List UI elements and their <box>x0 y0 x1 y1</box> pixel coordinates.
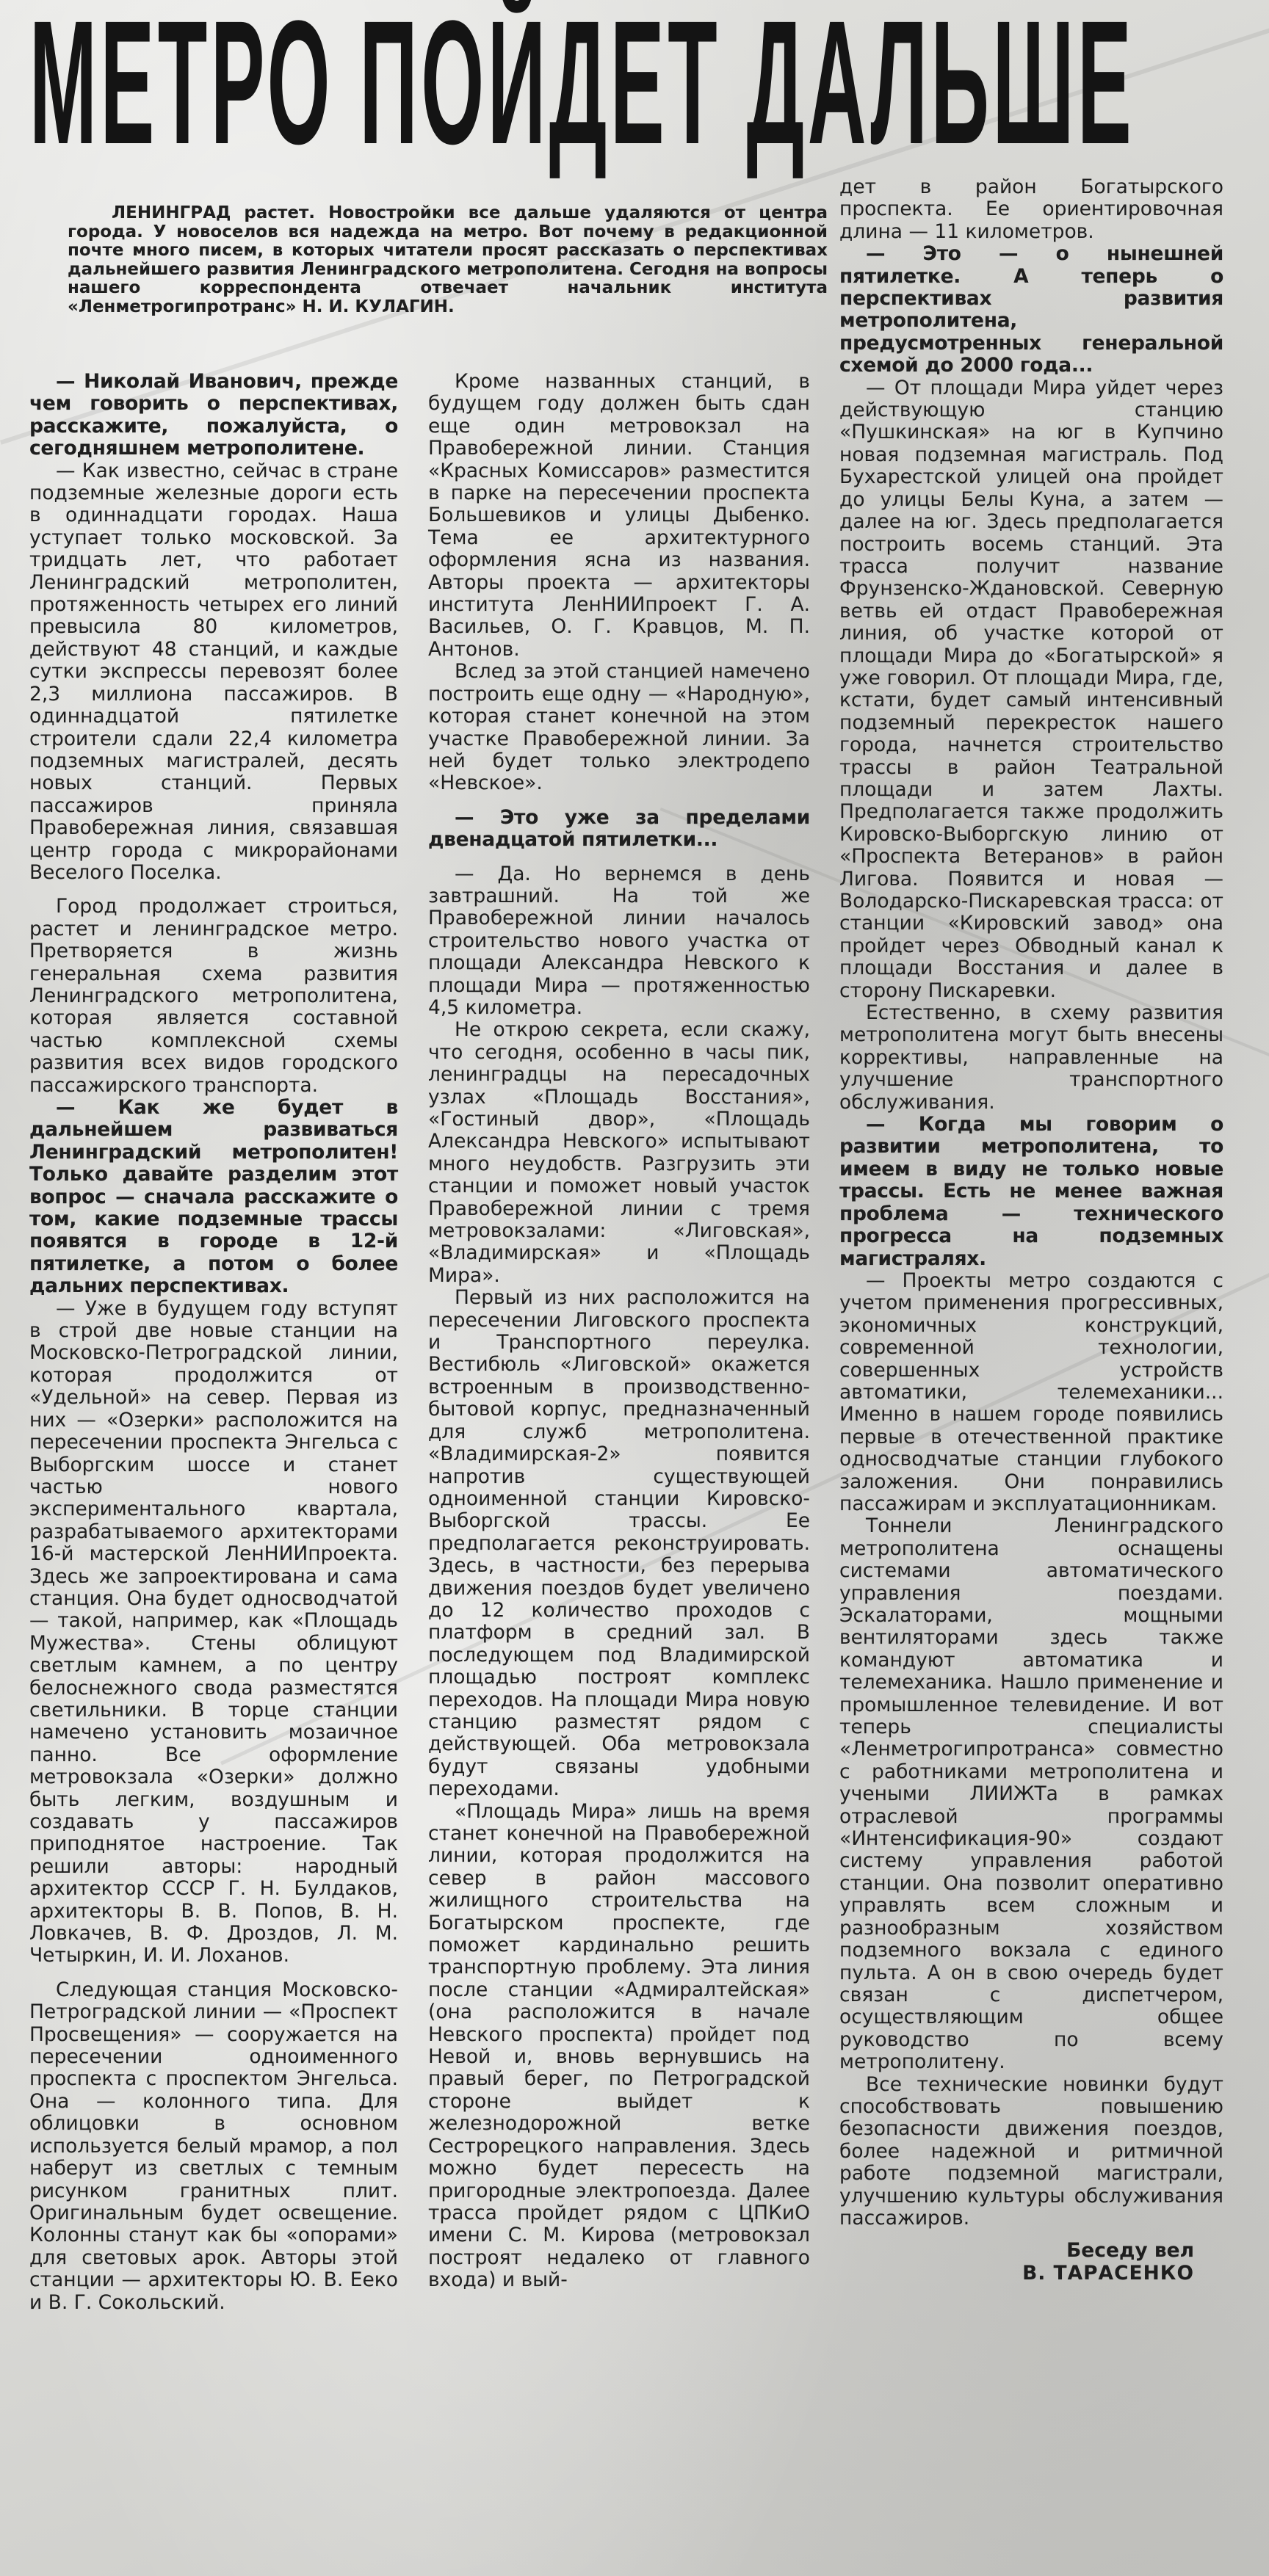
body-paragraph: Естественно, в схему развития метрополит… <box>839 1002 1223 1114</box>
body-paragraph: Следующая станция Московско-Петроградско… <box>29 1979 398 2314</box>
interview-answer: — Да. Но вернемся в день завтрашний. На … <box>428 863 810 1020</box>
body-paragraph: Все технические новинки будут способство… <box>839 2074 1223 2230</box>
body-paragraph: Тоннели Ленинградского метрополитена осн… <box>839 1515 1223 2073</box>
continuation-paragraph: дет в район Богатырского проспекта. Ее о… <box>839 176 1223 243</box>
body-paragraph: Город продолжает строиться, растет и лен… <box>29 896 398 1097</box>
body-paragraph: «Площадь Мира» лишь на время станет коне… <box>428 1801 810 2292</box>
body-paragraph: Вслед за этой станцией намечено построит… <box>428 661 810 794</box>
body-paragraph: Не открою секрета, если скажу, что сегод… <box>428 1019 810 1287</box>
interview-question: — Как же будет в дальнейшем развиваться … <box>29 1097 398 1298</box>
byline-author: В. ТАРАСЕНКО <box>839 2263 1223 2285</box>
body-paragraph: Кроме названных станций, в будущем году … <box>428 371 810 661</box>
body-paragraph: Первый из них расположится на пересечени… <box>428 1287 810 1800</box>
interview-question: — Николай Иванович, прежде чем говорить … <box>29 371 398 460</box>
interview-answer: — Проекты метро создаются с учетом приме… <box>839 1270 1223 1515</box>
interview-answer: — Уже в будущем году вступят в строй две… <box>29 1298 398 1967</box>
byline-label: Беседу вел <box>839 2240 1223 2262</box>
interview-answer: — Как известно, сейчас в стране подземны… <box>29 460 398 885</box>
article-column-1: — Николай Иванович, прежде чем говорить … <box>29 371 398 2314</box>
newspaper-clipping: МЕТРО ПОЙДЕТ ДАЛЬШЕ ЛЕНИНГРАД растет. Но… <box>0 0 1269 2576</box>
lead-paragraph: ЛЕНИНГРАД растет. Новостройки все дальше… <box>68 204 828 316</box>
interview-question: — Это — о нынешней пятилетке. А теперь о… <box>839 243 1223 377</box>
article-column-3: дет в район Богатырского проспекта. Ее о… <box>839 176 1223 2285</box>
interview-question: — Это уже за пределами двенадцатой пятил… <box>428 807 810 852</box>
interview-question: — Когда мы говорим о развитии метрополит… <box>839 1114 1223 1270</box>
article-column-2: Кроме названных станций, в будущем году … <box>428 371 810 2292</box>
headline: МЕТРО ПОЙДЕТ ДАЛЬШЕ <box>29 16 1245 148</box>
interview-answer: — От площади Мира уйдет через действующу… <box>839 377 1223 1002</box>
